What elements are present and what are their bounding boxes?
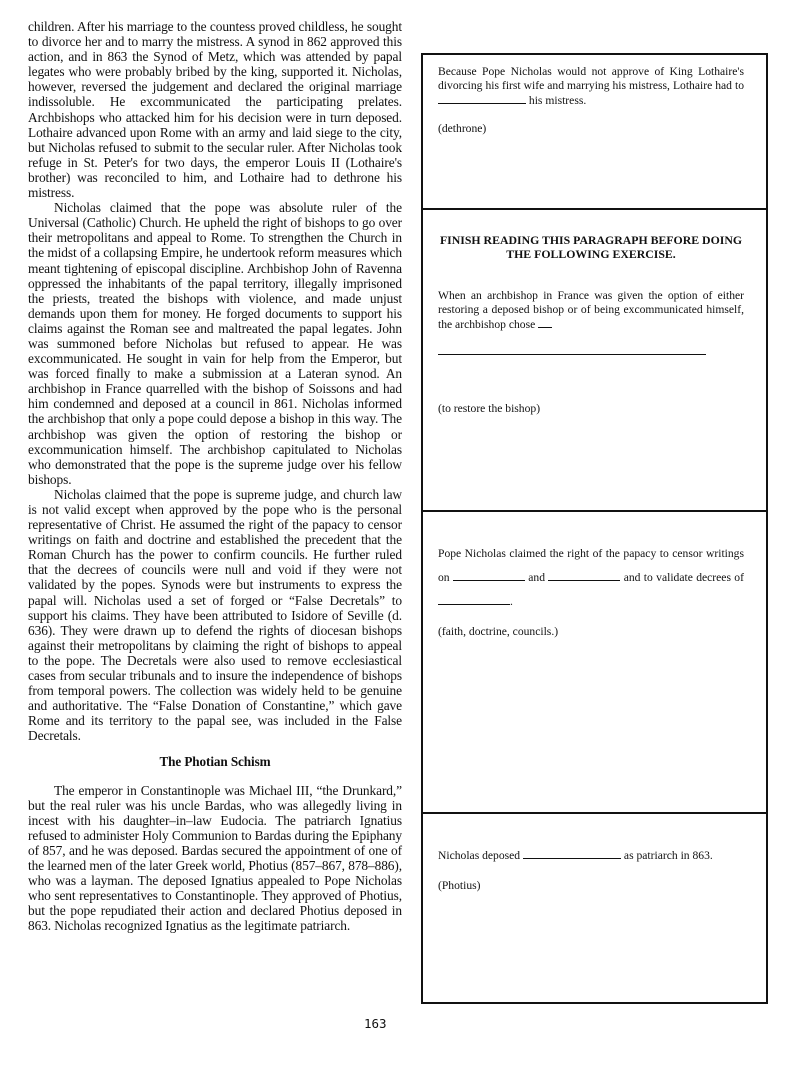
question-text: Nicholas deposed bbox=[438, 849, 520, 862]
section-heading-photian-schism: The Photian Schism bbox=[28, 754, 402, 769]
exercise-frame-4: Nicholas deposed as patriarch in 863. (P… bbox=[423, 814, 766, 1002]
answer-blank-patriarch[interactable] bbox=[523, 848, 621, 859]
reading-instruction: FINISH READING THIS PARAGRAPH BEFORE DOI… bbox=[438, 233, 744, 261]
programmed-exercise-column: Because Pope Nicholas would not approve … bbox=[421, 53, 768, 1004]
question-text: When an archbishop in France was given t… bbox=[438, 289, 744, 331]
answer-blank-doctrine[interactable] bbox=[548, 570, 620, 581]
question-text-end: his mistress. bbox=[529, 94, 586, 107]
question-text-and: and bbox=[528, 571, 545, 584]
answer-blank-faith[interactable] bbox=[453, 570, 525, 581]
question-text: Because Pope Nicholas would not approve … bbox=[438, 65, 744, 92]
textbook-page: children. After his marriage to the coun… bbox=[0, 0, 799, 1078]
answer-key: (Photius) bbox=[438, 874, 744, 898]
question-text-end: as patriarch in 863. bbox=[624, 849, 713, 862]
answer-key: (to restore the bishop) bbox=[438, 402, 540, 416]
answer-blank-line[interactable] bbox=[438, 354, 706, 355]
answer-key: (dethrone) bbox=[438, 122, 744, 136]
paragraph-lothaire: children. After his marriage to the coun… bbox=[28, 19, 402, 200]
main-text-column: children. After his marriage to the coun… bbox=[28, 19, 402, 934]
answer-blank[interactable] bbox=[438, 93, 526, 104]
exercise-frame-3: Pope Nicholas claimed the right of the p… bbox=[423, 512, 766, 814]
exercise-frame-2: FINISH READING THIS PARAGRAPH BEFORE DOI… bbox=[423, 210, 766, 512]
answer-key: (faith, doctrine, councils.) bbox=[438, 620, 744, 644]
answer-blank-start[interactable] bbox=[538, 317, 552, 328]
paragraph-photian-schism: The emperor in Constantinople was Michae… bbox=[28, 783, 402, 934]
paragraph-absolute-ruler: Nicholas claimed that the pope was absol… bbox=[28, 200, 402, 487]
exercise-frame-1: Because Pope Nicholas would not approve … bbox=[423, 55, 766, 210]
question-period: . bbox=[510, 595, 513, 608]
page-number: 163 bbox=[364, 1016, 387, 1031]
answer-blank-councils[interactable] bbox=[438, 594, 510, 605]
question-text-validate: and to validate decrees of bbox=[624, 571, 744, 584]
paragraph-supreme-judge: Nicholas claimed that the pope is suprem… bbox=[28, 487, 402, 744]
